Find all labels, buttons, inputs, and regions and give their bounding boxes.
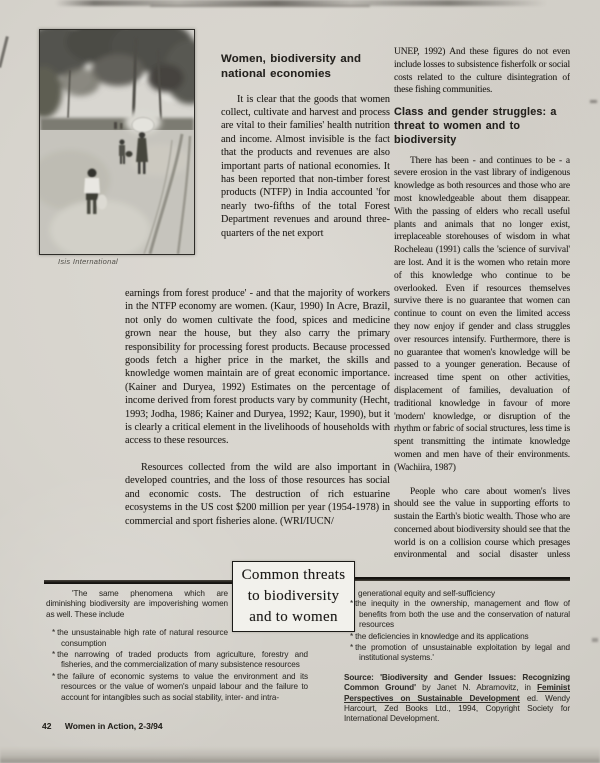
divider-rule-left [44, 580, 232, 584]
photo-image [40, 30, 194, 254]
journal-title: Women in Action, 2-3/94 [65, 721, 163, 731]
divider-rule-right [354, 577, 570, 581]
paragraph-collision-course: People who care about women's lives shou… [394, 486, 570, 563]
source-credit: Source: 'Biodiversity and Gender Issues:… [344, 673, 570, 725]
bullet-text: the unsustainable high rate of natural r… [57, 628, 228, 647]
page-number: 42 [42, 721, 51, 731]
pullquote-line: Common threats [242, 565, 346, 586]
bullet-mark: * [350, 599, 353, 608]
column-intro: Women, biodiversity and national economi… [221, 52, 390, 285]
sidebar-bullet: *the failure of economic systems to valu… [52, 672, 308, 703]
scanned-magazine-page: Isis International Women, biodiversity a… [0, 0, 600, 763]
scan-artifact-right-mark-2 [592, 638, 598, 642]
scan-artifact-bottom-edge [0, 747, 600, 763]
sidebar-text-left: 'The same phenomena which are diminishin… [46, 589, 308, 715]
bullet-mark: * [52, 628, 55, 637]
sidebar-bullet: *the promotion of unsustainable exploita… [350, 643, 570, 664]
bullet-mark: * [350, 632, 353, 641]
column-right: UNEP, 1992) And these figures do not eve… [394, 46, 570, 562]
sidebar-bullet: *the narrowing of traded products from a… [52, 650, 308, 671]
bullet-text: the promotion of unsustainable exploitat… [355, 643, 570, 662]
sidebar-text-right: generational equity and self-sufficiency… [344, 589, 570, 727]
sidebar-bullet: *the inequity in the ownership, manageme… [350, 599, 570, 630]
bullet-text: the deficiencies in knowledge and its ap… [355, 632, 528, 641]
page-footer: 42 Women in Action, 2-3/94 [42, 721, 163, 731]
paragraph-wild-resources: Resources collected from the wild are al… [125, 461, 390, 527]
column-wide: earnings from forest produce' - and that… [125, 287, 390, 527]
box-wrap-spacer [344, 589, 358, 635]
photo-caption: Isis International [58, 257, 118, 266]
paragraph-indigenous-knowledge: There has been - and continues to be - a… [394, 155, 570, 475]
sidebar-bullet: *the deficiencies in knowledge and its a… [350, 632, 570, 642]
heading-women-biodiversity: Women, biodiversity and national economi… [221, 52, 390, 82]
scan-artifact-left-scratch [0, 36, 9, 68]
source-author: by Janet N. Abramovitz, in [422, 683, 531, 692]
scan-artifact-top-smudge-2 [150, 5, 370, 7]
paragraph-intro: It is clear that the goods that women co… [221, 93, 390, 240]
box-wrap-spacer [228, 589, 308, 635]
bullet-mark: * [52, 672, 55, 681]
paragraph-continuation: earnings from forest produce' - and that… [125, 287, 390, 448]
bullet-text: the failure of economic systems to value… [57, 672, 308, 702]
source-label: Source: [344, 673, 374, 682]
photo [39, 29, 195, 255]
sidebar-continuation: generational equity and self-sufficiency [344, 589, 570, 599]
bullet-text: the inequity in the ownership, managemen… [355, 599, 570, 629]
bullet-mark: * [350, 643, 353, 652]
heading-class-gender-struggles: Class and gender struggles: a threat to … [394, 106, 570, 147]
bullet-text: the narrowing of traded products from ag… [57, 650, 308, 669]
bullet-mark: * [52, 650, 55, 659]
paragraph-fisherfolk: UNEP, 1992) And these figures do not eve… [394, 46, 570, 97]
scan-artifact-right-mark [590, 100, 597, 103]
